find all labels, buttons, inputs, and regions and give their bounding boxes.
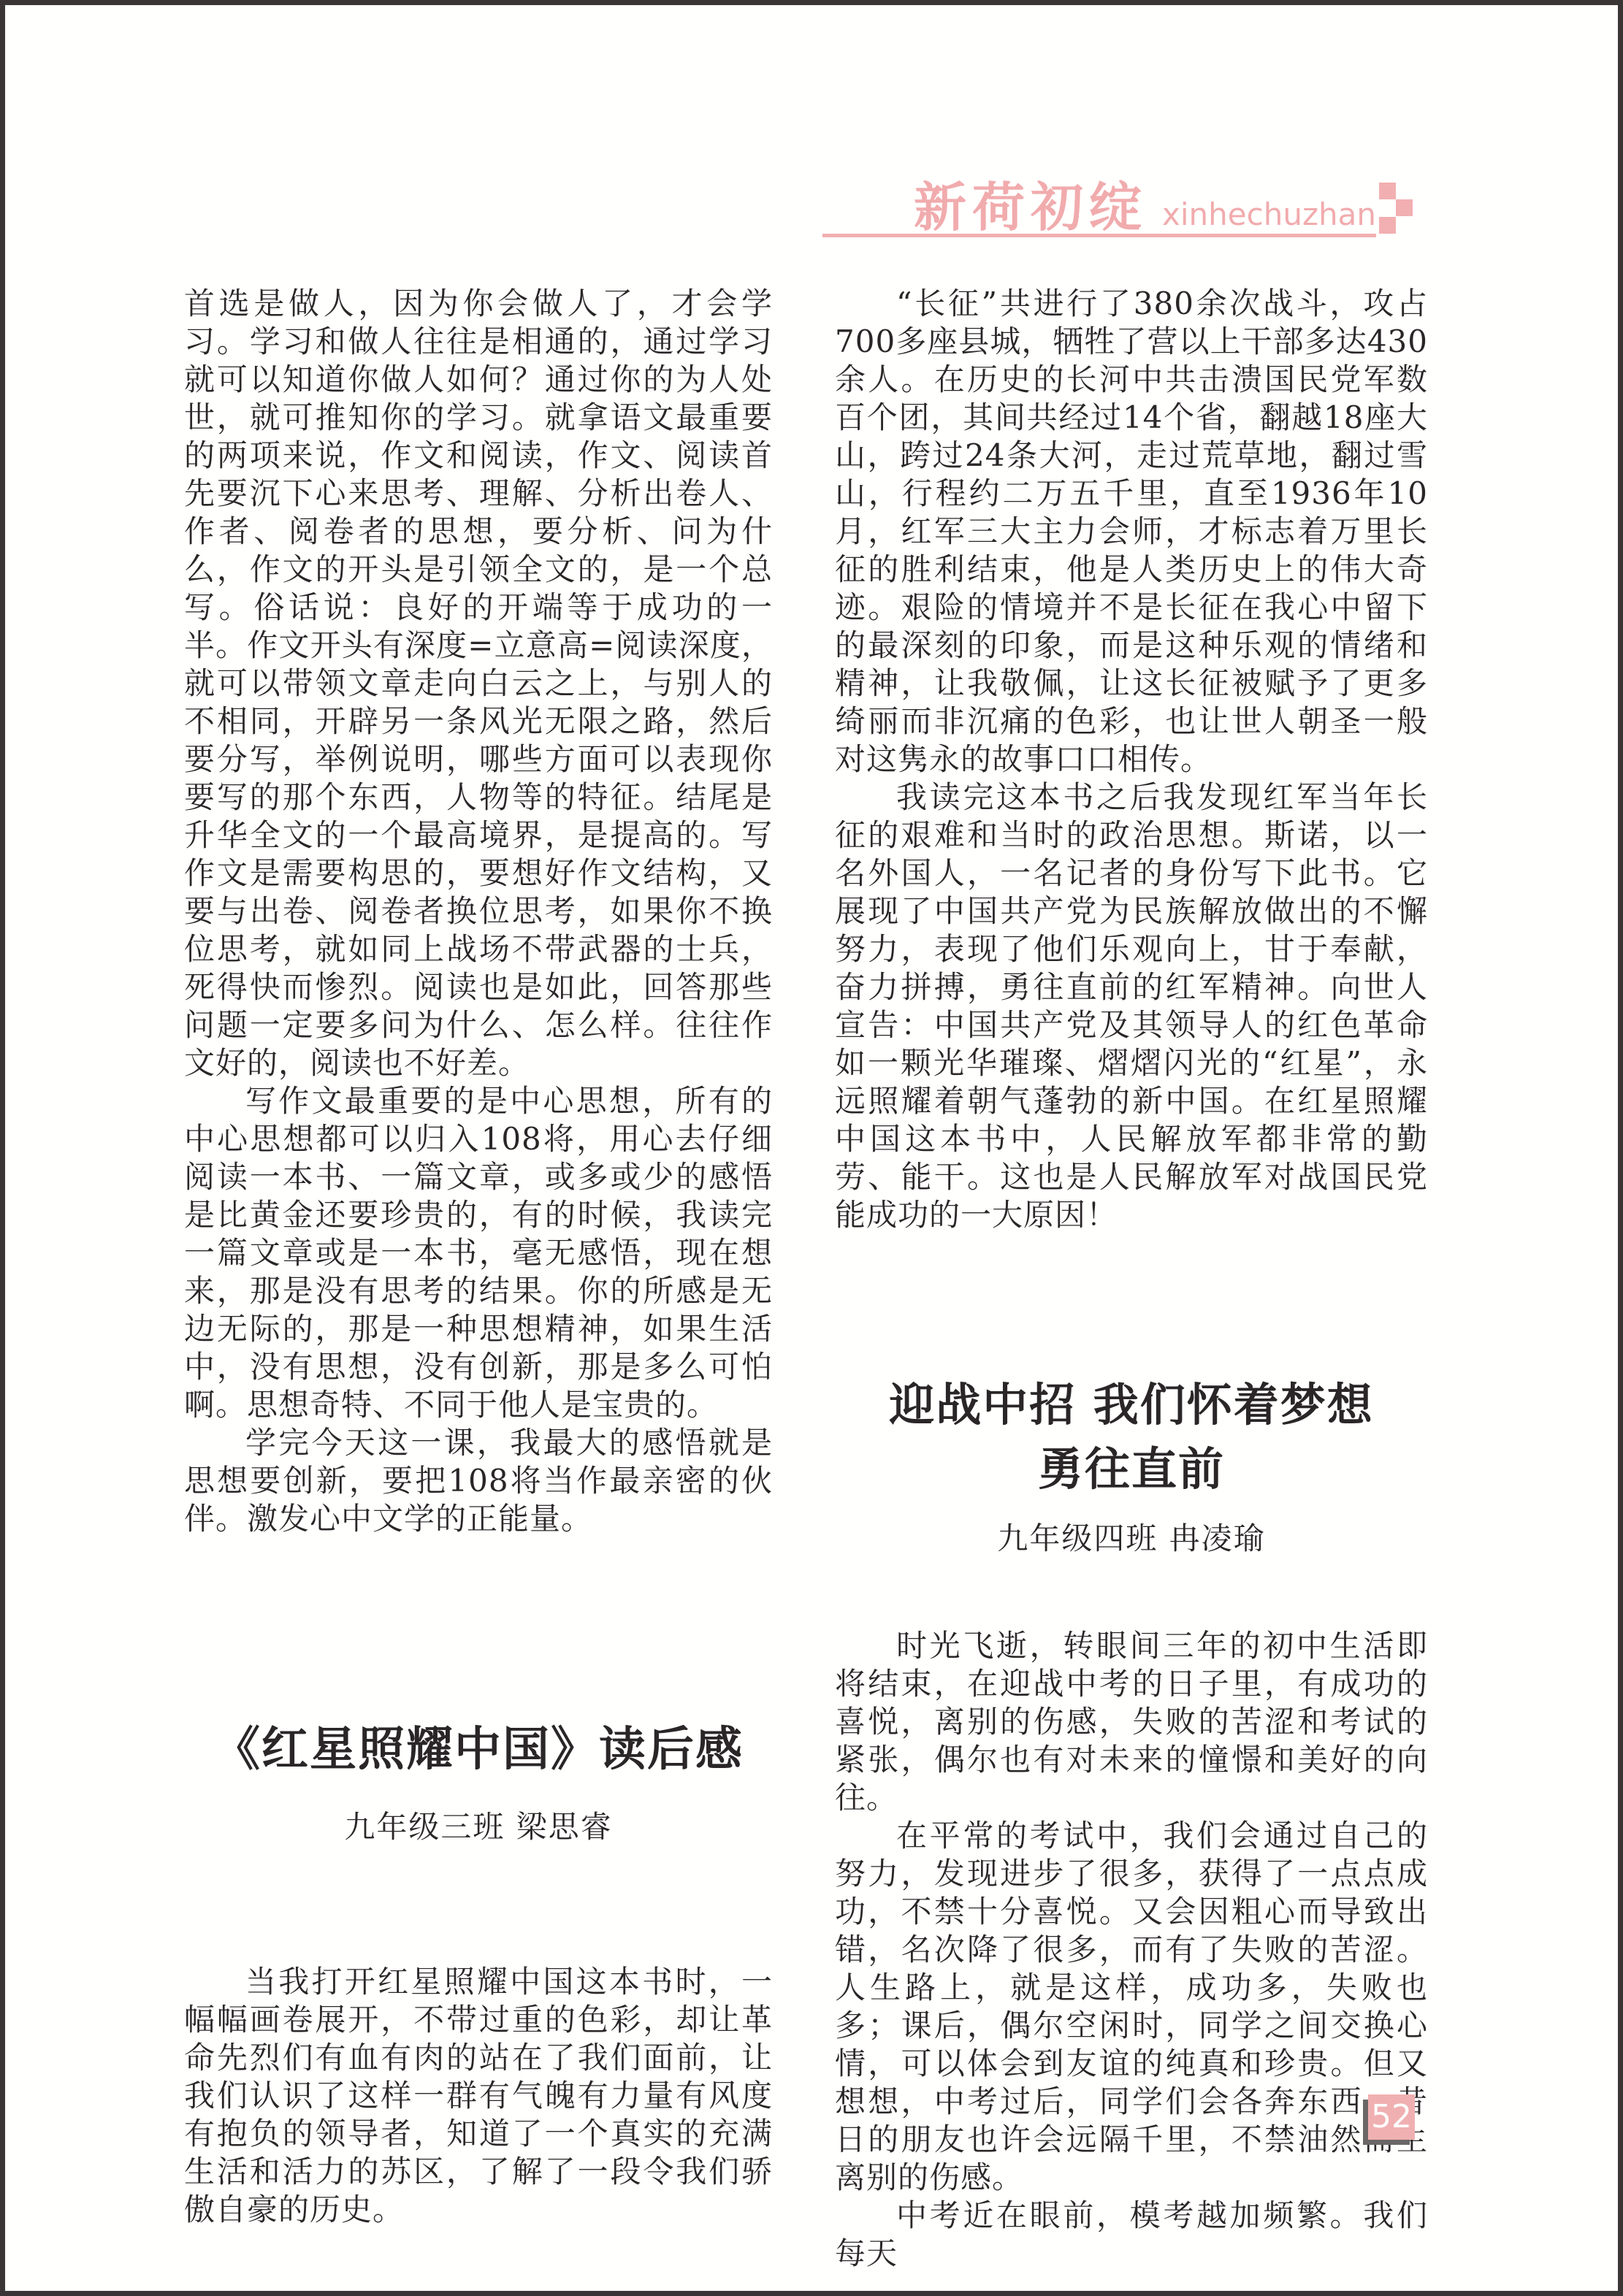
masthead: 新荷初绽 xinhechuzhan (822, 162, 1376, 237)
essay-paragraph: 时光飞逝，转眼间三年的初中生活即将结束，在迎战中考的日子里，有成功的喜悦，离别的… (835, 1627, 1428, 1817)
page-number-badge: 52 (1368, 2094, 1415, 2140)
squares-decoration-icon (1379, 183, 1413, 234)
essay-paragraph: 我读完这本书之后我发现红军当年长征的艰难和当时的政治思想。斯诺，以一名外国人，一… (835, 778, 1428, 1234)
pink-square-icon (1379, 217, 1396, 234)
magazine-title-pinyin: xinhechuzhan (1162, 199, 1376, 232)
essay-paragraph: 首选是做人，因为你会做人了，才会学习。学习和做人往往是相通的，通过学习就可以知道… (184, 285, 773, 1082)
right-column: “长征”共进行了380余次战斗，攻占700多座县城，牺牲了营以上干部多达430余… (835, 285, 1428, 2273)
essay-paragraph: 当我打开红星照耀中国这本书时，一幅幅画卷展开，不带过重的色彩，却让革命先烈们有血… (184, 1963, 773, 2229)
essay-title-line1: 迎战中招 我们怀着梦想 (889, 1378, 1374, 1431)
essay-paragraph: 学完今天这一课，我最大的感悟就是思想要创新，要把108将当作最亲密的伙伴。激发心… (184, 1424, 773, 1538)
essay-byline: 九年级四班 冉凌瑜 (835, 1520, 1428, 1558)
magazine-page: 新荷初绽 xinhechuzhan 首选是做人，因为你会做人了，才会学习。学习和… (0, 0, 1623, 2296)
pink-square-icon (1379, 183, 1396, 199)
essay-title-hongxing: 《红星照耀中国》读后感 (184, 1721, 773, 1779)
essay-title-line2: 勇往直前 (1038, 1442, 1225, 1496)
essay-paragraph: 写作文最重要的是中心思想，所有的中心思想都可以归入108将，用心去仔细阅读一本书… (184, 1082, 773, 1424)
magazine-title: 新荷初绽 (914, 183, 1147, 232)
essay-paragraph: “长征”共进行了380余次战斗，攻占700多座县城，牺牲了营以上干部多达430余… (835, 285, 1428, 778)
essay-paragraph: 在平常的考试中，我们会通过自己的努力，发现进步了很多，获得了一点点成功，不禁十分… (835, 1817, 1428, 2197)
pink-square-icon (1396, 199, 1413, 216)
left-column: 首选是做人，因为你会做人了，才会学习。学习和做人往往是相通的，通过学习就可以知道… (184, 285, 773, 2229)
essay-byline: 九年级三班 梁思睿 (184, 1808, 773, 1846)
essay-paragraph: 中考近在眼前，模考越加频繁。我们每天 (835, 2197, 1428, 2273)
essay-title-yingzhan: 迎战中招 我们怀着梦想 勇往直前 (835, 1373, 1428, 1501)
